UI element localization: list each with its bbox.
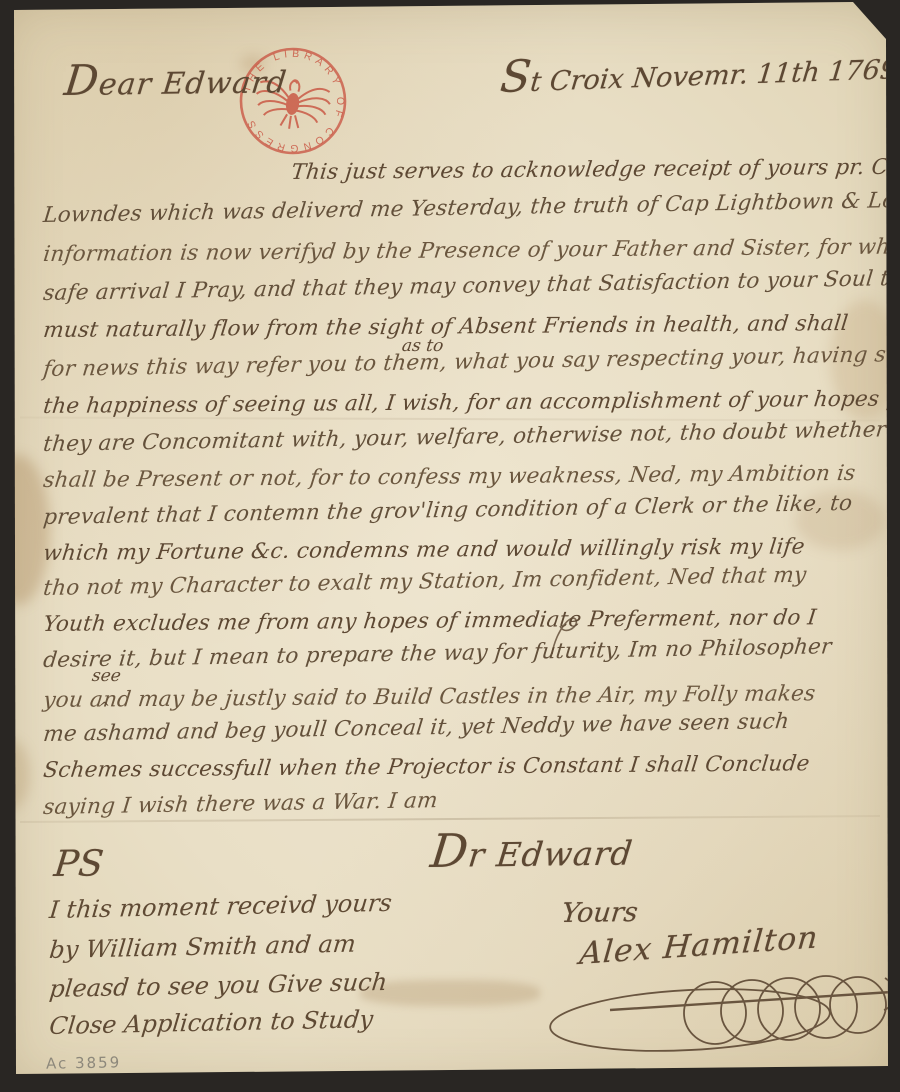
dateline: St Croix Novemr. 11th 1769 bbox=[498, 38, 900, 103]
letter-line: Youth excludes me from any hopes of imme… bbox=[42, 605, 818, 637]
letter-page: THE LIBRARY OF CONGRESS Dear Edward St C… bbox=[0, 0, 900, 1092]
caret-mark: ^ bbox=[97, 700, 111, 716]
letter-line: desire it, but I mean to prepare the way… bbox=[42, 634, 833, 673]
letter-line: you and may be justly said to Build Cast… bbox=[42, 681, 817, 713]
letter-line: tho not my Character to exalt my Station… bbox=[42, 563, 808, 601]
postscript-line: Close Application to Study bbox=[48, 1005, 374, 1040]
valediction: Yours bbox=[560, 897, 639, 929]
letter-line: Schemes successfull when the Projector i… bbox=[42, 751, 811, 783]
catalog-number: Ac 3859 bbox=[46, 1053, 121, 1072]
photo-background: THE LIBRARY OF CONGRESS Dear Edward St C… bbox=[0, 0, 900, 1092]
postscript-label: PS bbox=[52, 843, 105, 885]
signature-flourish bbox=[540, 958, 900, 1072]
ink-flourish bbox=[546, 610, 586, 660]
postscript-line: I this moment receivd yours bbox=[48, 889, 393, 924]
letter-line: This just serves to acknowledge receipt … bbox=[290, 155, 900, 185]
letter-line: prevalent that I contemn the grov'ling c… bbox=[42, 491, 854, 530]
closing-address: Dr Edward bbox=[428, 822, 636, 878]
ink-stain bbox=[0, 455, 50, 605]
letter-line: for news this way refer you to them, wha… bbox=[42, 342, 900, 382]
letter-line: they are Concomitant with, your, welfare… bbox=[42, 417, 900, 457]
letter-line: the happiness of seeing us all, I wish, … bbox=[42, 386, 900, 419]
letter-line: safe arrival I Pray, and that they may c… bbox=[42, 266, 900, 306]
letter-line: shall be Present or not, for to confess … bbox=[42, 461, 857, 493]
interlinear-insertion: see bbox=[91, 666, 122, 686]
interlinear-insertion: as to bbox=[401, 336, 445, 356]
letter-line: me ashamd and beg youll Conceal it, yet … bbox=[42, 709, 790, 747]
ink-stain bbox=[360, 980, 540, 1006]
postscript-line: pleasd to see you Give such bbox=[48, 968, 389, 1003]
ink-stain bbox=[0, 740, 30, 810]
letter-line: which my Fortune &c. condemns me and wou… bbox=[42, 534, 806, 566]
letter-line: saying I wish there was a War. I am bbox=[42, 788, 439, 820]
postscript-line: by William Smith and am bbox=[48, 930, 357, 964]
letter-line: information is now verifyd by the Presen… bbox=[42, 234, 900, 267]
letter-line: Lowndes which was deliverd me Yesterday,… bbox=[42, 187, 900, 228]
salutation: Dear Edward bbox=[62, 53, 290, 105]
letter-line: must naturally flow from the sight of Ab… bbox=[42, 311, 850, 343]
